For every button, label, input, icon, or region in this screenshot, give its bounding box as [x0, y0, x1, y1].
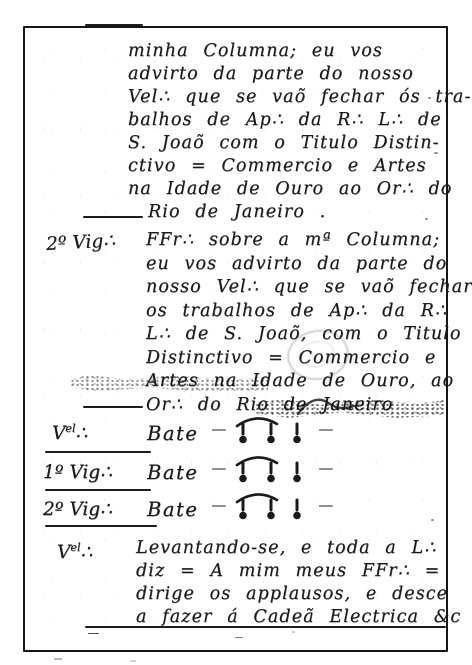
text-line: Levantando-se, e toda a L∴ — [136, 537, 461, 560]
knock-battery-icon — [231, 411, 313, 445]
battery-row: Vel∴ Bate — — — [52, 406, 338, 446]
text-line: S. Joaõ com o Titulo Distin- — [128, 132, 471, 155]
masonic-dots: ∴ — [76, 423, 88, 444]
text-line: diz = A mim meus FFr∴ = — [136, 560, 461, 583]
ink-speck — [425, 218, 428, 220]
ink-speck — [130, 660, 136, 662]
speaker-label-first-warden: 1º Vig∴ — [43, 456, 147, 485]
text-line: Vel∴ que se vaõ fechar ós tra- — [128, 86, 471, 109]
battery-dash: — — [318, 422, 333, 437]
battery-row: 2º Vig∴ Bate — — — [43, 482, 338, 522]
masonic-dots: ∴ — [100, 499, 112, 520]
battery-dash: — — [318, 461, 333, 476]
text-line: advirto da parte do nosso — [128, 63, 471, 86]
text-line: ctivo = Commercio e Artes — [128, 155, 471, 178]
speaker-label-venerable: Vel∴ — [57, 541, 92, 563]
ink-dash — [235, 637, 243, 638]
battery-dash: — — [318, 498, 333, 513]
paragraph-closing: Levantando-se, e toda a L∴ diz = A mim m… — [136, 537, 461, 629]
ink-dash — [88, 633, 99, 634]
ink-dash — [85, 24, 143, 26]
battery-dash: — — [211, 498, 226, 513]
label-text: V — [52, 423, 65, 444]
text-line: na Idade de Ouro ao Or∴ do — [128, 178, 471, 201]
ink-speck — [428, 97, 431, 99]
speaker-label-second-warden: 2º Vig∴ — [43, 493, 147, 522]
battery-row: 1º Vig∴ Bate — — — [43, 445, 338, 485]
paragraph-opening: minha Columna; eu vos advirto da parte d… — [128, 40, 471, 224]
ink-speck — [431, 519, 434, 521]
text-line: FFr∴ sobre a mª Columna; — [146, 229, 472, 253]
label-text: 2º Vig — [43, 499, 100, 520]
knock-battery-icon — [231, 450, 313, 484]
speaker-label-venerable: Vel∴ — [52, 417, 147, 446]
ink-speck — [437, 262, 440, 264]
masonic-dots: ∴ — [100, 462, 112, 483]
battery-word: Bate — [147, 498, 198, 522]
label-text: 1º Vig — [43, 462, 100, 483]
ink-rule — [45, 525, 157, 527]
ink-speck — [292, 631, 295, 633]
battery-dash: — — [211, 461, 226, 476]
ink-speck — [434, 152, 438, 154]
label-superscript: el — [70, 541, 80, 554]
text-line: eu vos advirto da parte do — [146, 253, 472, 277]
ink-speck — [54, 658, 62, 660]
text-line: Rio de Janeiro . — [128, 201, 471, 224]
text-line: os trabalhos de Ap∴ da R∴ — [146, 300, 472, 324]
text-line: minha Columna; eu vos — [128, 40, 471, 63]
text-line: balhos de Ap∴ da R∴ L∴ de — [128, 109, 471, 132]
text-line: nosso Vel∴ que se vaõ fechar — [146, 276, 472, 300]
scanned-manuscript-page: minha Columna; eu vos advirto da parte d… — [0, 0, 472, 665]
battery-word: Bate — [147, 422, 198, 446]
masonic-dots: ∴ — [103, 230, 116, 252]
label-superscript: el — [65, 422, 75, 435]
ink-rule — [83, 216, 143, 218]
text-line: dirige os applausos, e desce — [136, 583, 461, 606]
knock-battery-icon — [231, 487, 313, 521]
label-text: V — [57, 542, 70, 563]
speaker-label-second-warden: 2º Vig∴ — [45, 229, 115, 255]
battery-dash: — — [211, 422, 226, 437]
masonic-dots: ∴ — [81, 542, 93, 563]
label-text: 2º Vig — [46, 231, 104, 255]
underline-rule — [85, 626, 446, 628]
